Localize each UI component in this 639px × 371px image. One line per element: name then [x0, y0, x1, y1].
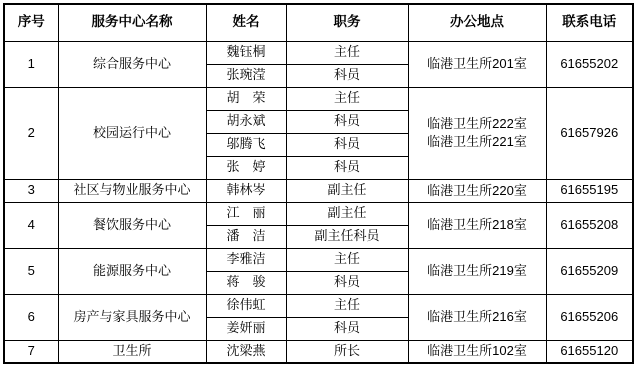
header-row: 序号服务中心名称姓名职务办公地点联系电话	[4, 4, 633, 41]
center-name-cell: 能源服务中心	[58, 248, 206, 294]
office-line: 临港卫生所221室	[411, 133, 544, 151]
staff-title-cell: 主任	[286, 41, 408, 64]
serial-cell: 1	[4, 41, 58, 87]
table-body: 1综合服务中心魏钰桐主任临港卫生所201室61655202张琬滢科员2校园运行中…	[4, 41, 633, 363]
office-line: 临港卫生所201室	[411, 55, 544, 73]
column-header-3: 职务	[286, 4, 408, 41]
service-center-contact-table: 序号服务中心名称姓名职务办公地点联系电话 1综合服务中心魏钰桐主任临港卫生所20…	[3, 3, 634, 364]
table-row: 5能源服务中心李雅洁主任临港卫生所219室61655209	[4, 248, 633, 271]
office-cell: 临港卫生所220室	[408, 179, 546, 202]
serial-cell: 4	[4, 202, 58, 248]
center-name-cell: 房产与家具服务中心	[58, 294, 206, 340]
serial-cell: 7	[4, 340, 58, 363]
staff-title-cell: 主任	[286, 294, 408, 317]
column-header-2: 姓名	[206, 4, 286, 41]
center-name-cell: 餐饮服务中心	[58, 202, 206, 248]
center-name-cell: 校园运行中心	[58, 87, 206, 179]
staff-title-cell: 副主任	[286, 179, 408, 202]
staff-title-cell: 科员	[286, 317, 408, 340]
table-row: 3社区与物业服务中心韩林岑副主任临港卫生所220室61655195	[4, 179, 633, 202]
staff-title-cell: 科员	[286, 133, 408, 156]
column-header-1: 服务中心名称	[58, 4, 206, 41]
table-row: 2校园运行中心胡 荣主任临港卫生所222室临港卫生所221室61657926	[4, 87, 633, 110]
office-cell: 临港卫生所102室	[408, 340, 546, 363]
serial-cell: 5	[4, 248, 58, 294]
staff-title-cell: 科员	[286, 110, 408, 133]
page: 序号服务中心名称姓名职务办公地点联系电话 1综合服务中心魏钰桐主任临港卫生所20…	[0, 0, 639, 371]
phone-cell: 61657926	[546, 87, 633, 179]
staff-title-cell: 主任	[286, 87, 408, 110]
office-line: 临港卫生所216室	[411, 308, 544, 326]
staff-name-cell: 胡 荣	[206, 87, 286, 110]
phone-cell: 61655120	[546, 340, 633, 363]
staff-title-cell: 科员	[286, 156, 408, 179]
column-header-5: 联系电话	[546, 4, 633, 41]
office-cell: 临港卫生所219室	[408, 248, 546, 294]
office-line: 临港卫生所220室	[411, 182, 544, 200]
staff-title-cell: 科员	[286, 64, 408, 87]
phone-cell: 61655208	[546, 202, 633, 248]
staff-name-cell: 胡永斌	[206, 110, 286, 133]
staff-name-cell: 姜妍丽	[206, 317, 286, 340]
phone-cell: 61655202	[546, 41, 633, 87]
staff-title-cell: 副主任	[286, 202, 408, 225]
column-header-0: 序号	[4, 4, 58, 41]
staff-name-cell: 潘 洁	[206, 225, 286, 248]
table-row: 7卫生所沈梁燕所长临港卫生所102室61655120	[4, 340, 633, 363]
table-row: 6房产与家具服务中心徐伟虹主任临港卫生所216室61655206	[4, 294, 633, 317]
center-name-cell: 社区与物业服务中心	[58, 179, 206, 202]
table-row: 1综合服务中心魏钰桐主任临港卫生所201室61655202	[4, 41, 633, 64]
office-cell: 临港卫生所216室	[408, 294, 546, 340]
phone-cell: 61655209	[546, 248, 633, 294]
staff-name-cell: 李雅洁	[206, 248, 286, 271]
staff-name-cell: 魏钰桐	[206, 41, 286, 64]
table-row: 4餐饮服务中心江 丽副主任临港卫生所218室61655208	[4, 202, 633, 225]
staff-title-cell: 主任	[286, 248, 408, 271]
office-line: 临港卫生所222室	[411, 115, 544, 133]
serial-cell: 2	[4, 87, 58, 179]
serial-cell: 6	[4, 294, 58, 340]
phone-cell: 61655195	[546, 179, 633, 202]
staff-name-cell: 沈梁燕	[206, 340, 286, 363]
center-name-cell: 综合服务中心	[58, 41, 206, 87]
staff-name-cell: 张 婷	[206, 156, 286, 179]
staff-title-cell: 副主任科员	[286, 225, 408, 248]
staff-name-cell: 徐伟虹	[206, 294, 286, 317]
office-line: 临港卫生所219室	[411, 262, 544, 280]
staff-name-cell: 江 丽	[206, 202, 286, 225]
office-cell: 临港卫生所201室	[408, 41, 546, 87]
serial-cell: 3	[4, 179, 58, 202]
column-header-4: 办公地点	[408, 4, 546, 41]
staff-title-cell: 所长	[286, 340, 408, 363]
staff-name-cell: 韩林岑	[206, 179, 286, 202]
phone-cell: 61655206	[546, 294, 633, 340]
staff-name-cell: 张琬滢	[206, 64, 286, 87]
office-line: 临港卫生所218室	[411, 216, 544, 234]
staff-name-cell: 蒋 骏	[206, 271, 286, 294]
staff-title-cell: 科员	[286, 271, 408, 294]
staff-name-cell: 邬腾飞	[206, 133, 286, 156]
center-name-cell: 卫生所	[58, 340, 206, 363]
office-line: 临港卫生所102室	[411, 342, 544, 360]
office-cell: 临港卫生所218室	[408, 202, 546, 248]
office-cell: 临港卫生所222室临港卫生所221室	[408, 87, 546, 179]
